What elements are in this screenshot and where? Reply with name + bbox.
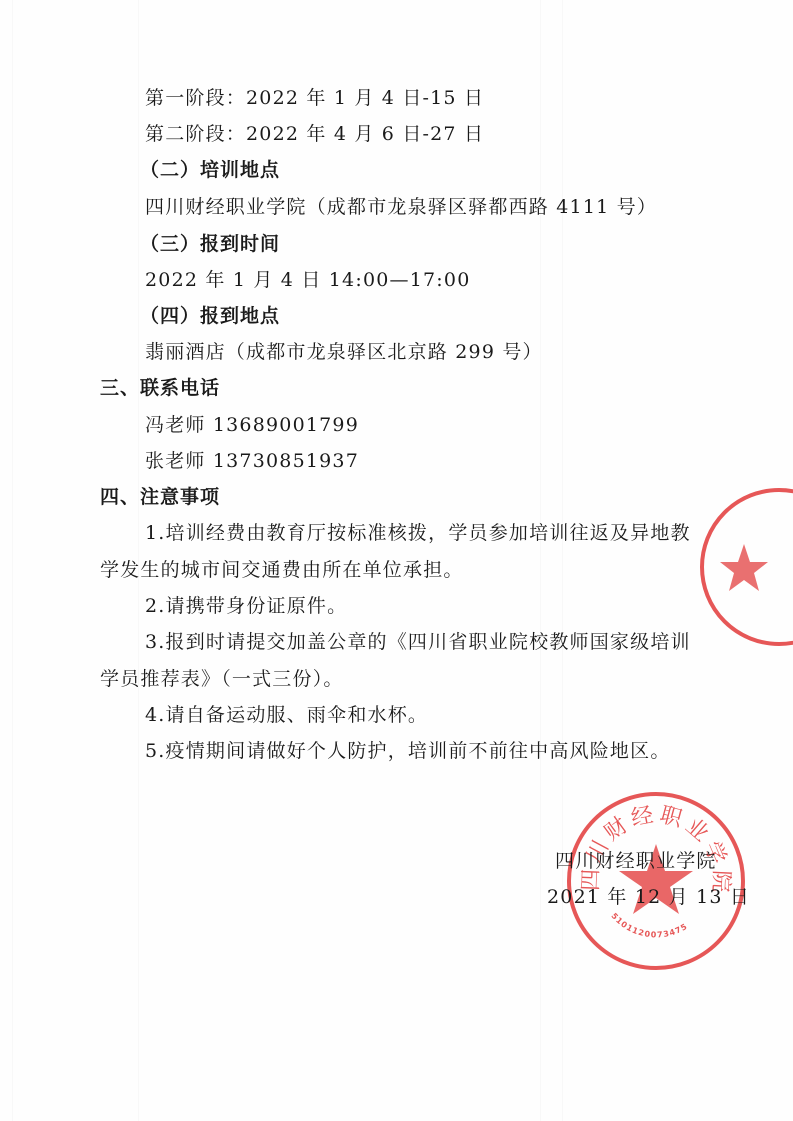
svg-text:5101120073475: 5101120073475 [609, 911, 689, 939]
phase-one-dates: 第一阶段：2022 年 1 月 4 日-15 日 [145, 86, 484, 110]
note-3-line-2: 学员推荐表》（一式三份）。 [100, 667, 344, 691]
official-seal: 四川财经职业学院 5101120073475 [567, 792, 745, 970]
subheading-checkin-time: （三）报到时间 [140, 232, 280, 256]
checkin-place: 翡丽酒店（成都市龙泉驿区北京路 299 号） [145, 340, 543, 364]
note-5: 5.疫情期间请做好个人防护，培训前不前往中高风险地区。 [145, 739, 671, 763]
note-1-line-2: 学发生的城市间交通费由所在单位承担。 [100, 558, 464, 582]
note-1-line-1: 1.培训经费由教育厅按标准核拨，学员参加培训往返及异地教 [145, 521, 691, 545]
signature-date: 2021 年 12 月 13 日 [547, 885, 750, 909]
training-venue: 四川财经职业学院（成都市龙泉驿区驿都西路 4111 号） [145, 195, 657, 219]
contact-zhang: 张老师 13730851937 [145, 449, 359, 473]
note-2: 2.请携带身份证原件。 [145, 594, 347, 618]
document-page: 第一阶段：2022 年 1 月 4 日-15 日 第二阶段：2022 年 4 月… [0, 0, 793, 1121]
star-icon [704, 492, 793, 642]
subheading-checkin-location: （四）报到地点 [140, 304, 280, 328]
subheading-training-location: （二）培训地点 [140, 158, 280, 182]
note-3-line-1: 3.报到时请提交加盖公章的《四川省职业院校教师国家级培训 [145, 630, 691, 654]
seam-stamp [700, 488, 793, 646]
section-notes-heading: 四、注意事项 [100, 485, 220, 509]
checkin-time: 2022 年 1 月 4 日 14:00—17:00 [145, 268, 470, 292]
contact-feng: 冯老师 13689001799 [145, 413, 359, 437]
signature-organization: 四川财经职业学院 [555, 849, 717, 873]
section-contact-heading: 三、联系电话 [100, 376, 220, 400]
note-4: 4.请自备运动服、雨伞和水杯。 [145, 703, 428, 727]
phase-two-dates: 第二阶段：2022 年 4 月 6 日-27 日 [145, 122, 484, 146]
